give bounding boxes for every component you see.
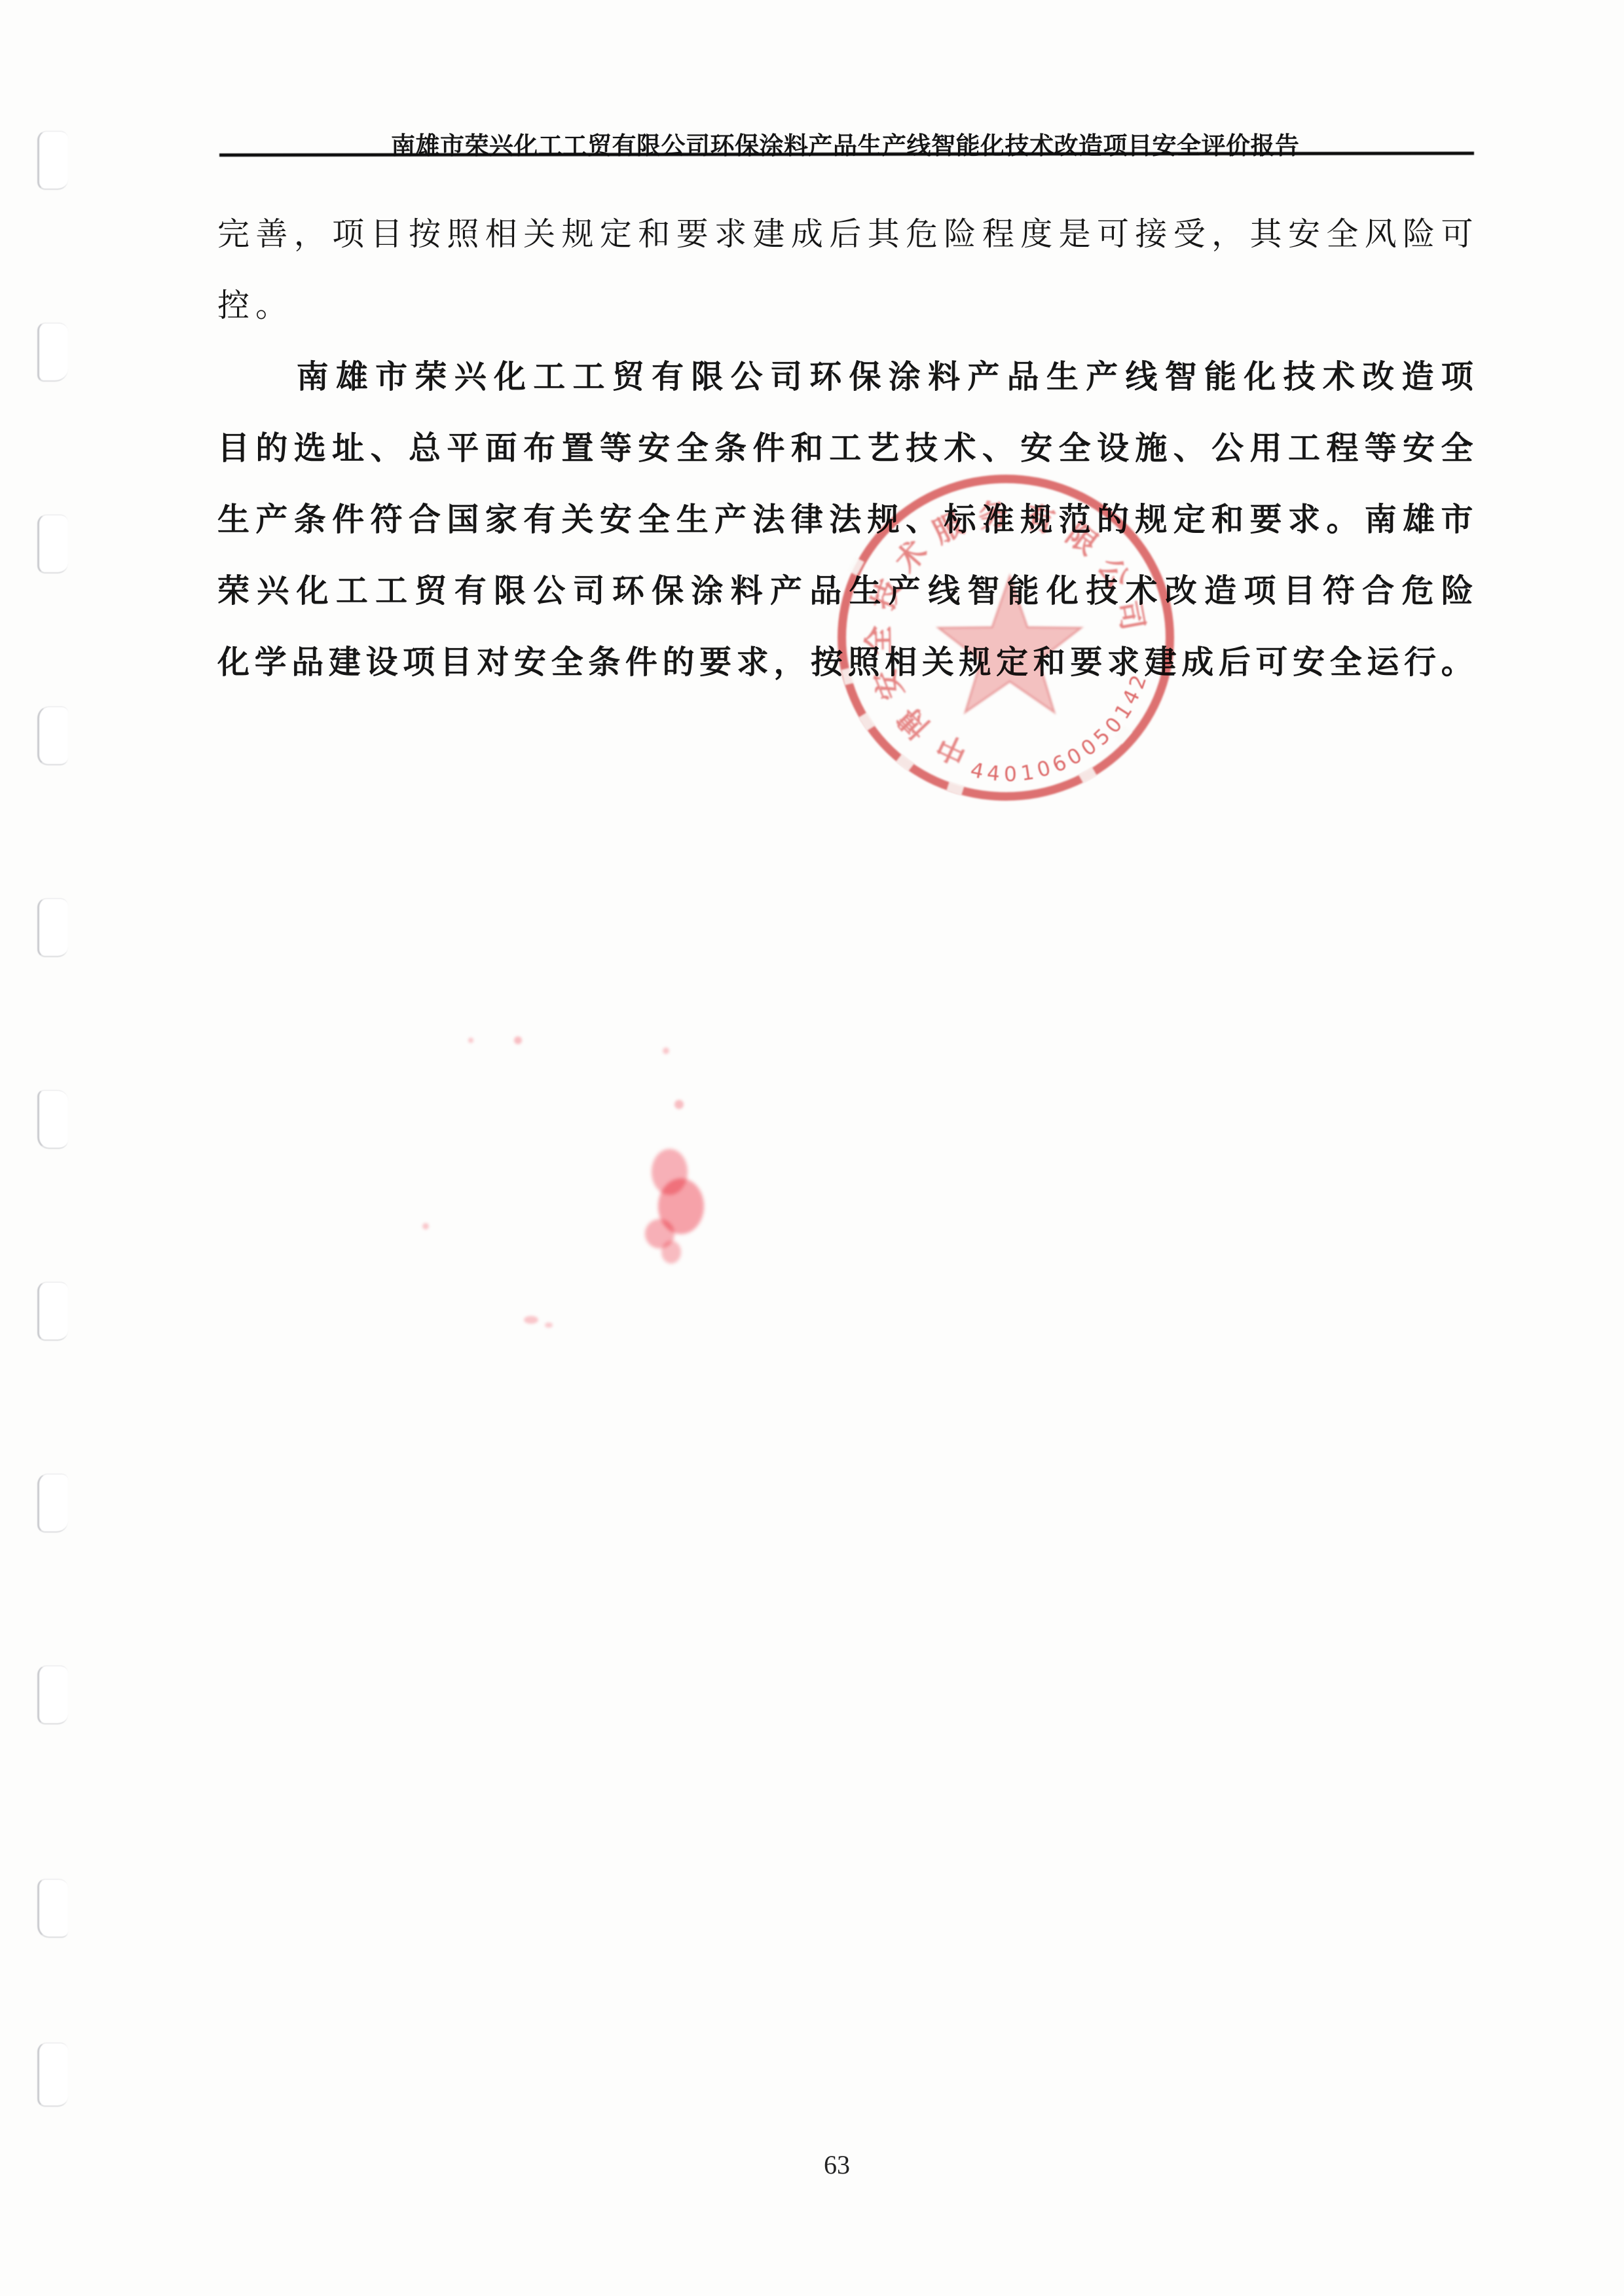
stamp-serial-digit: 0 (1100, 713, 1126, 738)
body-line: 目的选址、总平面布置等安全条件和工艺技术、安全设施、公用工程等安全 (217, 410, 1473, 481)
stamp-ring-break (1079, 767, 1098, 784)
binder-hole (37, 706, 68, 765)
stamp-ghost-speckle (663, 1048, 669, 1054)
body-line: 控。 (217, 267, 1473, 338)
stamp-serial-digit: 1 (1110, 700, 1137, 723)
binder-hole (37, 131, 68, 190)
stamp-ghost-speckle (422, 1223, 429, 1230)
binder-hole (37, 1474, 68, 1533)
stamp-serial-digit: 0 (1077, 735, 1101, 761)
stamp-serial-digit: 5 (1089, 724, 1115, 750)
stamp-ghost-speckle (652, 1149, 688, 1195)
stamp-ghost-speckle (468, 1038, 473, 1043)
body-line: 南雄市荣兴化工工贸有限公司环保涂料产品生产线智能化技术改造项 (217, 338, 1473, 410)
page-number: 63 (804, 2149, 870, 2180)
stamp-serial-digit: 0 (1003, 763, 1017, 787)
stamp-ring-break (858, 712, 876, 731)
stamp-arc-character: 中 (929, 726, 973, 777)
binder-hole (37, 323, 68, 382)
stamp-serial-digit: 4 (986, 761, 1001, 786)
stamp-serial-digit: 0 (1034, 756, 1053, 782)
stamp-serial-digit: 6 (1049, 751, 1070, 778)
scanned-report-page: 南雄市荣兴化工工贸有限公司环保涂料产品生产线智能化技术改造项目安全评价报告 完善… (0, 0, 1624, 2296)
stamp-ghost-speckle (645, 1219, 674, 1248)
binder-hole (37, 2043, 68, 2107)
stamp-ring-break (1114, 725, 1132, 744)
body-text-block: 完善，项目按照相关规定和要求建成后其危险程度是可接受，其安全风险可 控。 南雄市… (217, 196, 1473, 695)
body-line: 化学品建设项目对安全条件的要求，按照相关规定和要求建成后可安全运行。 (217, 624, 1473, 695)
binder-hole (37, 1282, 68, 1341)
stamp-serial-digit: 4 (968, 759, 986, 784)
stamp-serial-digit: 0 (1063, 743, 1086, 770)
stamp-ghost-speckle (661, 1241, 681, 1264)
binder-hole (37, 1879, 68, 1938)
binder-hole (37, 1090, 68, 1149)
body-line: 完善，项目按照相关规定和要求建成后其危险程度是可接受，其安全风险可 (217, 196, 1473, 267)
binder-hole (37, 515, 68, 574)
stamp-ghost-speckle (514, 1036, 522, 1044)
stamp-ghost-speckle (658, 1178, 704, 1234)
stamp-ring-break (946, 781, 965, 796)
binder-hole (37, 898, 68, 957)
body-line: 荣兴化工工贸有限公司环保涂料产品生产线智能化技术改造项目符合危险 (217, 553, 1473, 624)
stamp-ghost-speckle (674, 1100, 684, 1109)
stamp-ghost-speckle (545, 1322, 553, 1328)
binder-hole (37, 1666, 68, 1724)
body-line: 生产条件符合国家有关安全生产法律法规、标准规范的规定和要求。南雄市 (217, 481, 1473, 553)
stamp-ring-break (896, 754, 915, 771)
stamp-ghost-speckle (524, 1316, 538, 1324)
stamp-serial-digit: 1 (1019, 760, 1035, 786)
stamp-arc-character: 博 (887, 699, 938, 750)
